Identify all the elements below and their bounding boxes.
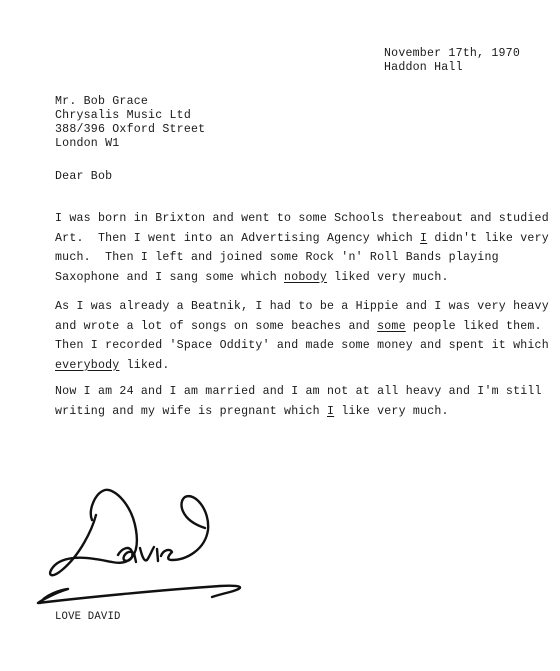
- letter-page: November 17th, 1970 Haddon Hall Mr. Bob …: [0, 0, 560, 671]
- closing-text: LOVE DAVID: [55, 610, 121, 624]
- signature-icon: [0, 0, 560, 671]
